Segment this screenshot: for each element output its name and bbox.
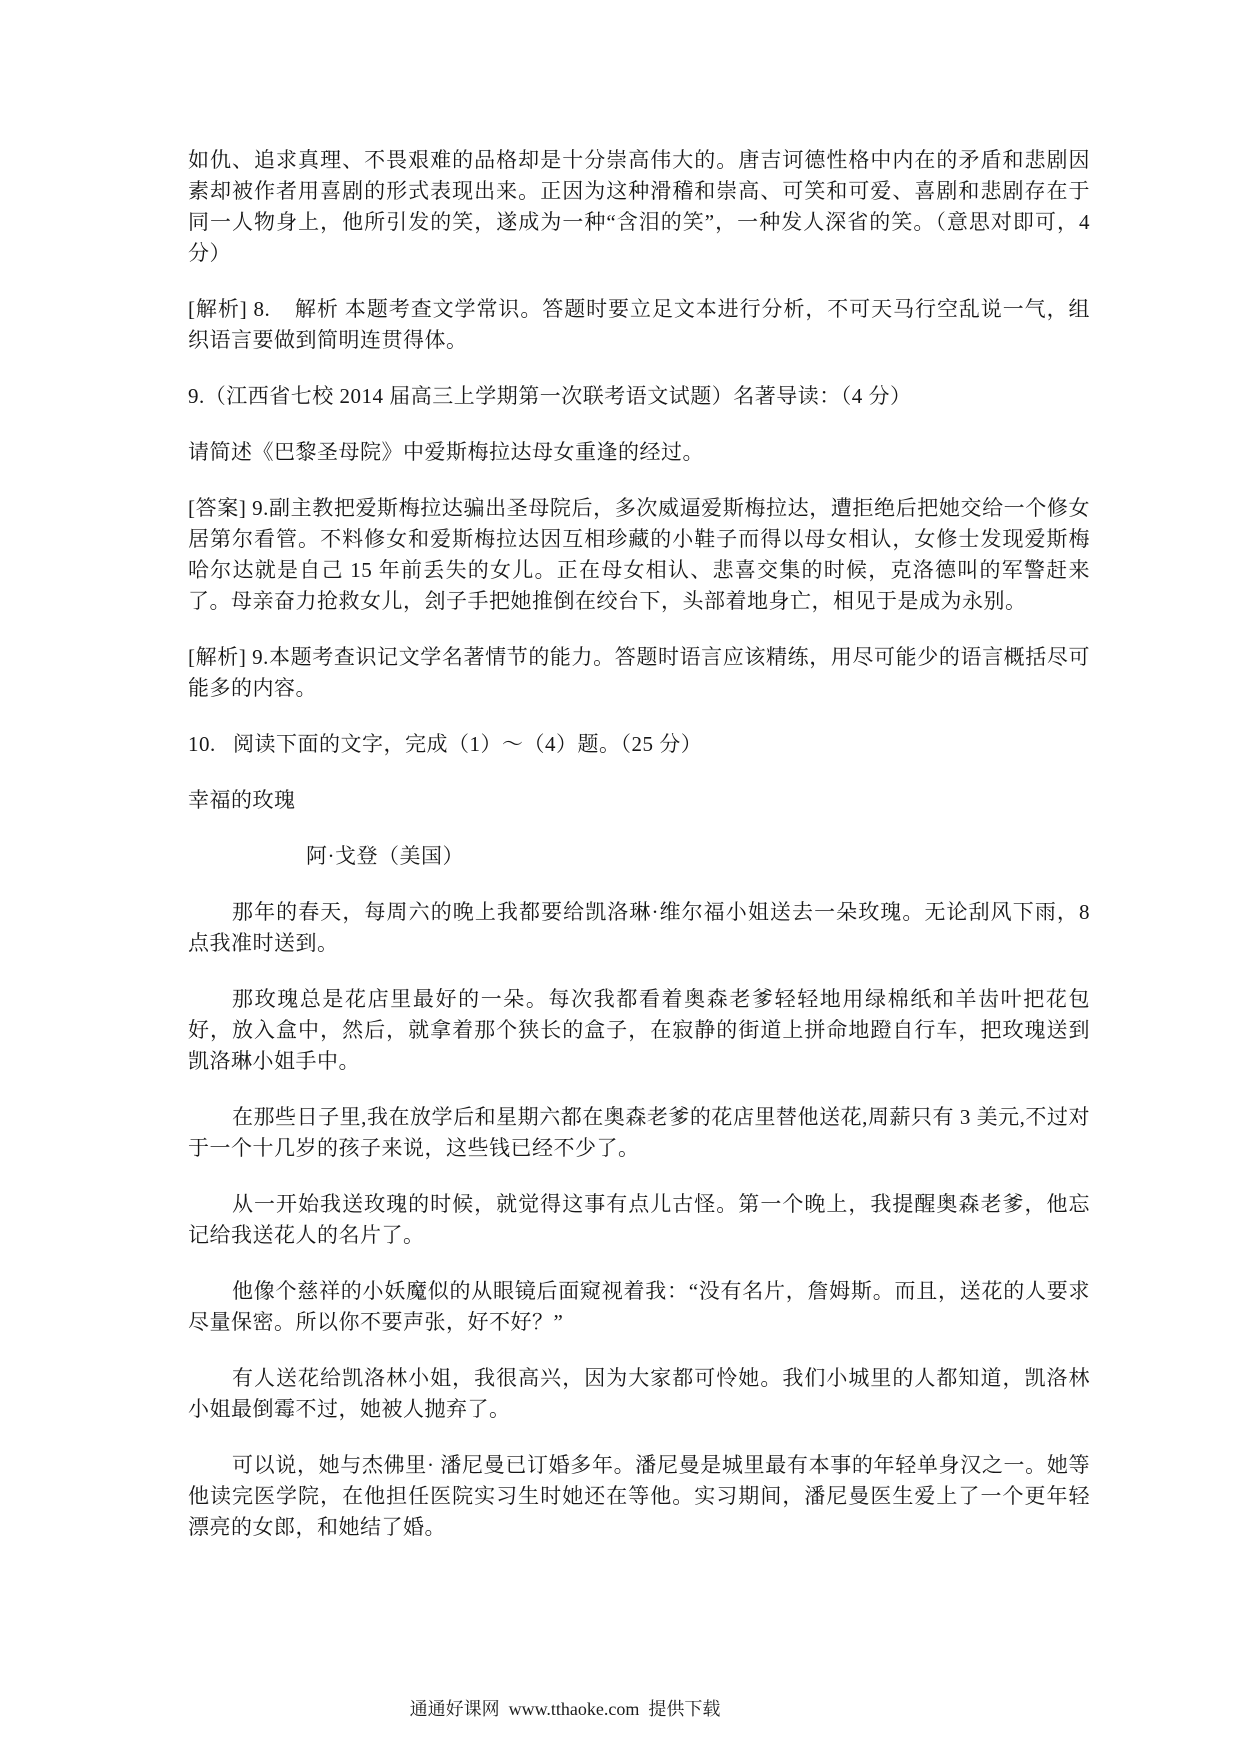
question-9-prompt: 请简述《巴黎圣母院》中爱斯梅拉达母女重逢的经过。	[188, 437, 1090, 468]
answer-9-paragraph: [答案] 9.副主教把爱斯梅拉达骗出圣母院后，多次威逼爱斯梅拉达，遭拒绝后把她交…	[188, 493, 1090, 617]
story-paragraph-1: 那年的春天，每周六的晚上我都要给凯洛琳·维尔福小姐送去一朵玫瑰。无论刮风下雨，8…	[188, 897, 1090, 959]
document-page: 如仇、追求真理、不畏艰难的品格却是十分崇高伟大的。唐吉诃德性格中内在的矛盾和悲剧…	[188, 145, 1090, 1568]
story-paragraph-2: 那玫瑰总是花店里最好的一朵。每次我都看着奥森老爹轻轻地用绿棉纸和羊齿叶把花包好，…	[188, 984, 1090, 1077]
story-paragraph-3: 在那些日子里,我在放学后和星期六都在奥森老爹的花店里替他送花,周薪只有 3 美元…	[188, 1102, 1090, 1164]
story-paragraph-4: 从一开始我送玫瑰的时候，就觉得这事有点儿古怪。第一个晚上，我提醒奥森老爹，他忘记…	[188, 1189, 1090, 1251]
question-9-header: 9.（江西省七校 2014 届高三上学期第一次联考语文试题）名著导读：（4 分）	[188, 381, 1090, 412]
story-title: 幸福的玫瑰	[188, 785, 1090, 816]
story-paragraph-6: 有人送花给凯洛林小姐，我很高兴，因为大家都可怜她。我们小城里的人都知道，凯洛林小…	[188, 1363, 1090, 1425]
story-paragraph-7: 可以说，她与杰佛里· 潘尼曼已订婚多年。潘尼曼是城里最有本事的年轻单身汉之一。她…	[188, 1450, 1090, 1543]
story-paragraph-5: 他像个慈祥的小妖魔似的从眼镜后面窥视着我：“没有名片，詹姆斯。而且，送花的人要求…	[188, 1276, 1090, 1338]
story-author-line: 阿·戈登（美国）	[188, 841, 1090, 872]
analysis-8-paragraph: [解析] 8. 解析 本题考查文学常识。答题时要立足文本进行分析，不可天马行空乱…	[188, 294, 1090, 356]
answer-8-continuation-paragraph: 如仇、追求真理、不畏艰难的品格却是十分崇高伟大的。唐吉诃德性格中内在的矛盾和悲剧…	[188, 145, 1090, 269]
question-10-header: 10. 阅读下面的文字，完成（1）～（4）题。（25 分）	[188, 729, 1090, 760]
page-footer: 通通好课网 www.tthaoke.com 提供下载	[0, 1697, 1240, 1721]
analysis-9-paragraph: [解析] 9.本题考查识记文学名著情节的能力。答题时语言应该精练，用尽可能少的语…	[188, 642, 1090, 704]
footer-site-text: 通通好课网 www.tthaoke.com 提供下载	[410, 1699, 721, 1719]
